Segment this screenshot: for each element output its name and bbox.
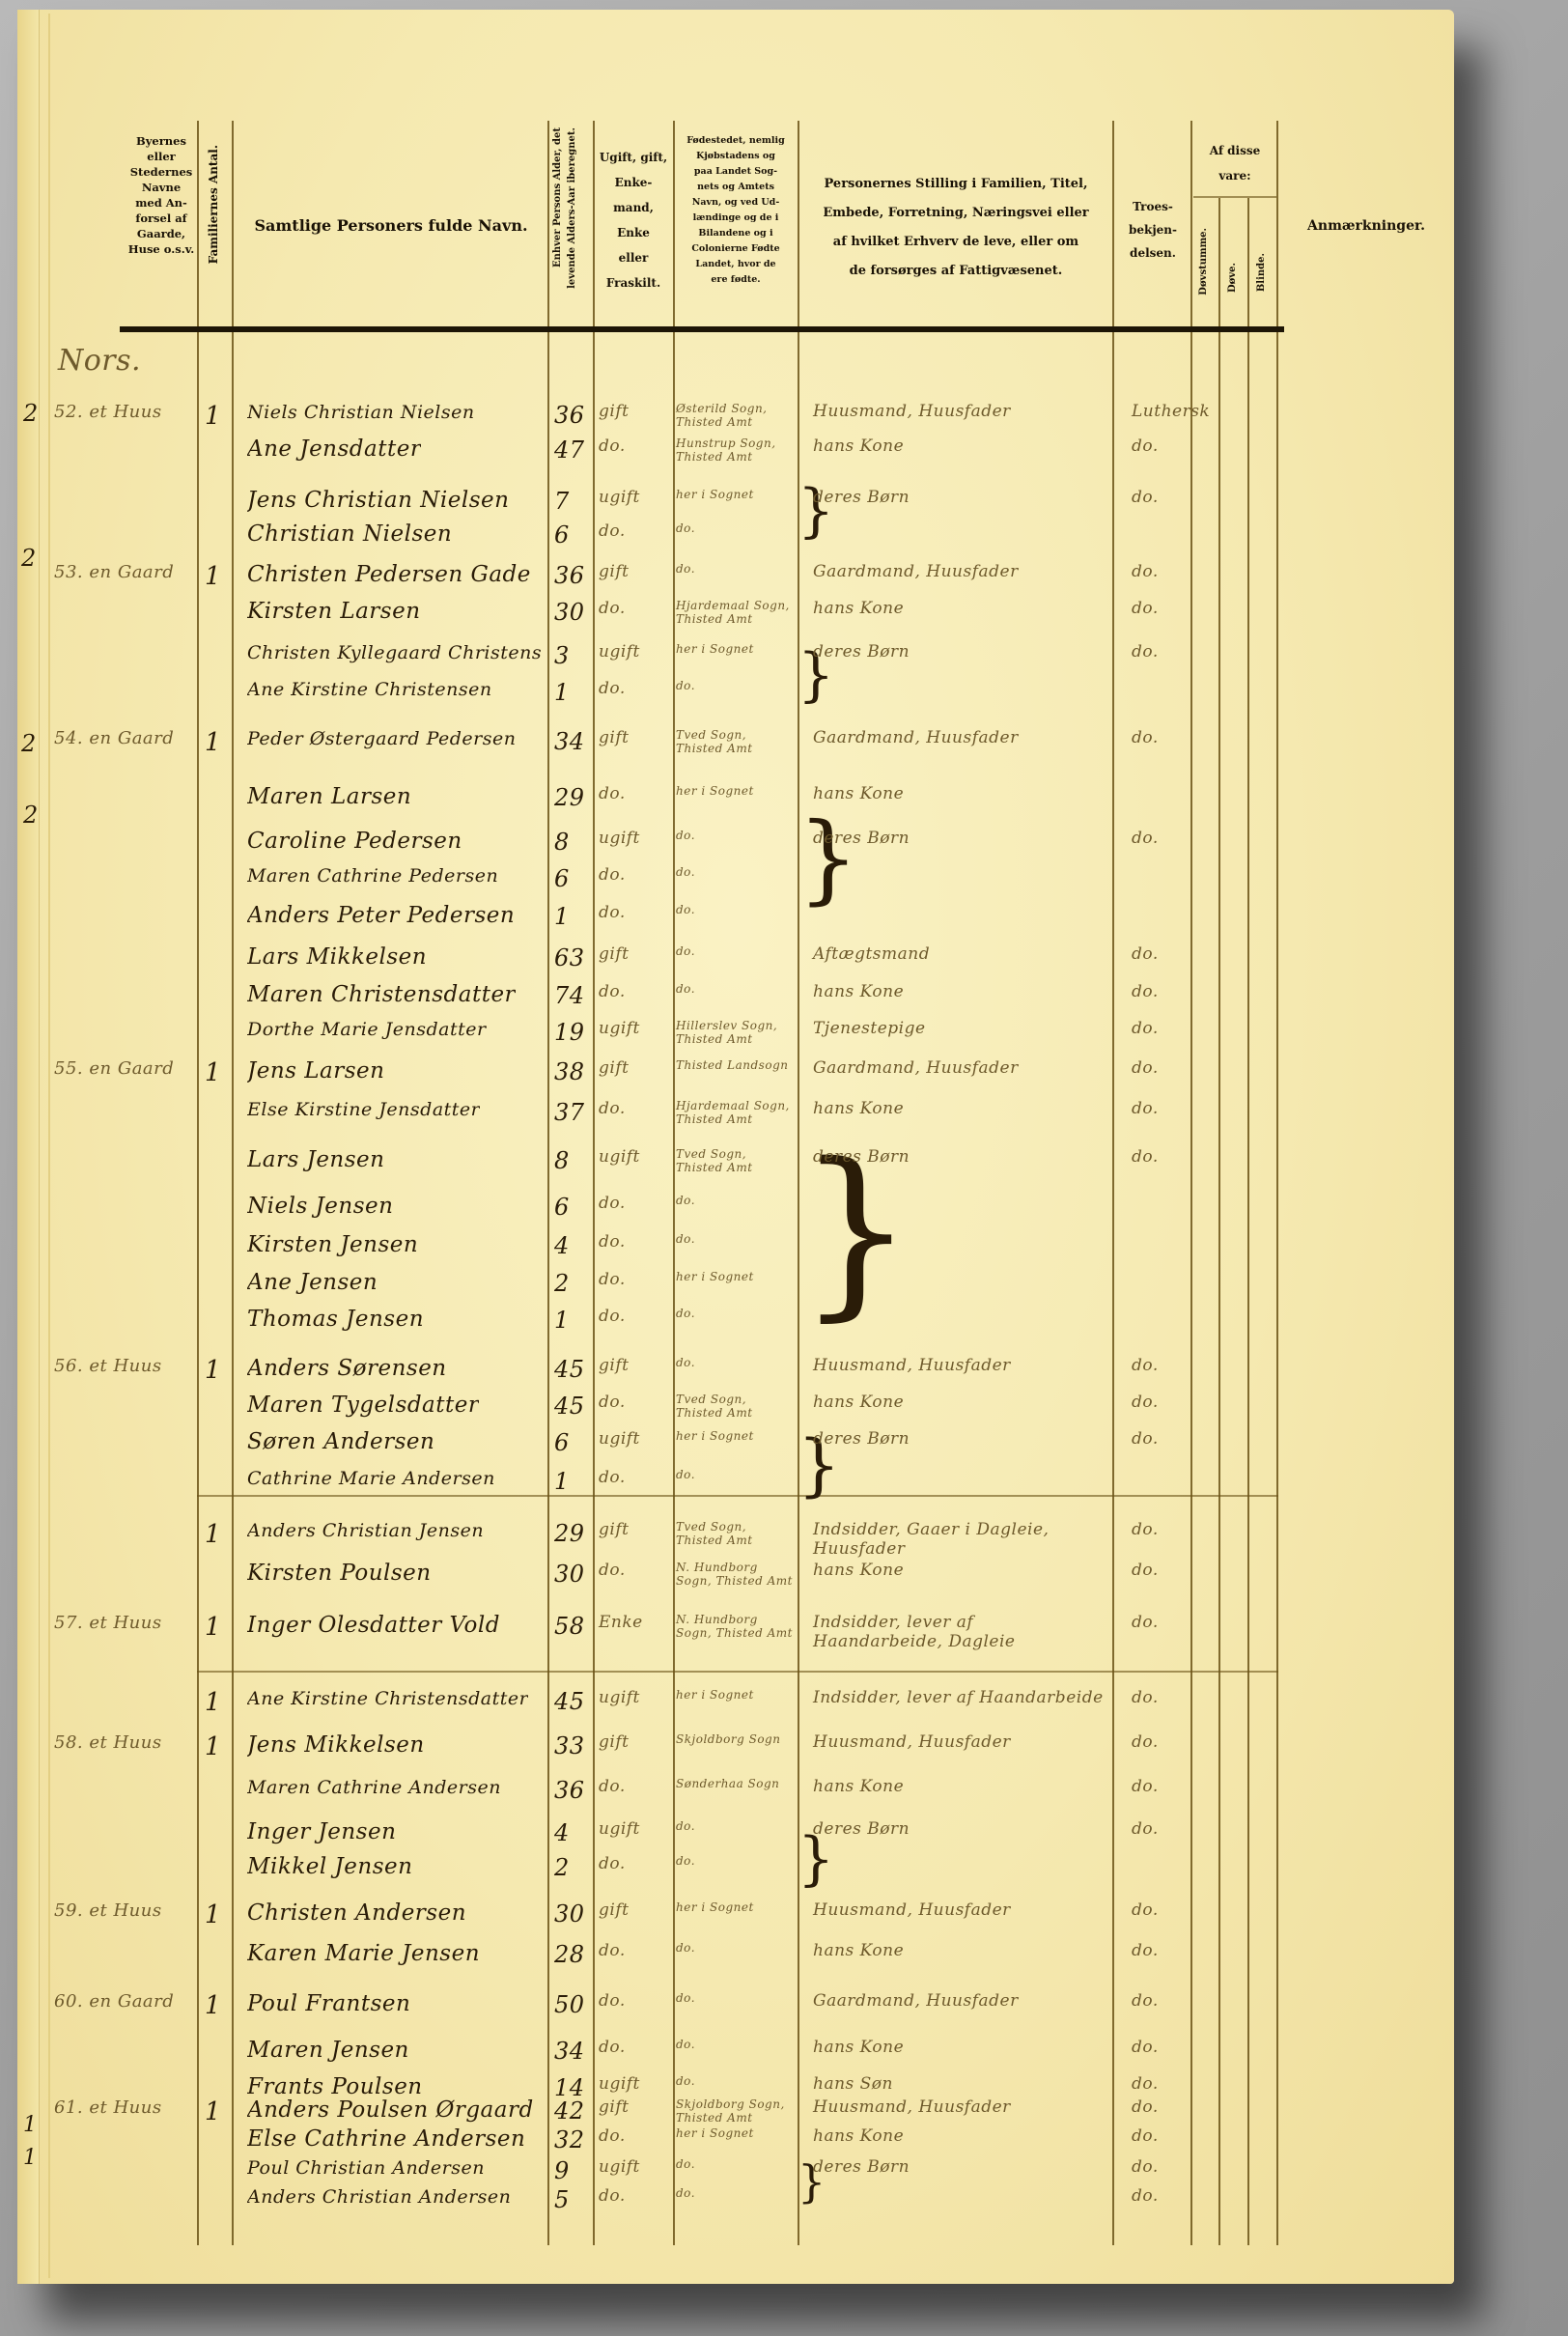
cell-faith: do. bbox=[1132, 728, 1159, 747]
cell-name: Poul Christian Andersen bbox=[247, 2157, 485, 2179]
cell-marital: ugift bbox=[599, 1819, 640, 1839]
cell-marital: ugift bbox=[599, 1147, 640, 1167]
cell-name: Lars Jensen bbox=[247, 1147, 384, 1172]
cell-marital: do. bbox=[599, 679, 626, 698]
header-deafmute: Døvstumme. bbox=[1198, 228, 1209, 296]
cell-place: 56. et Huus bbox=[54, 1356, 162, 1376]
cell-faith: do. bbox=[1132, 1688, 1159, 1707]
cell-position: hans Kone bbox=[813, 1561, 1107, 1580]
cell-position: Gaardmand, Huusfader bbox=[813, 1058, 1107, 1078]
cell-marital: ugift bbox=[599, 1688, 640, 1707]
cell-birthplace: do. bbox=[676, 1991, 796, 2005]
rule-disabilities-group bbox=[1193, 196, 1276, 198]
cell-position: Huusmand, Huusfader bbox=[813, 1732, 1107, 1752]
cell-families: 1 bbox=[205, 1688, 221, 1717]
cell-marital: do. bbox=[599, 2126, 626, 2146]
cell-age: 38 bbox=[554, 1058, 585, 1085]
cell-name: Christian Nielsen bbox=[247, 521, 452, 547]
cell-place: 58. et Huus bbox=[54, 1732, 162, 1753]
margin-mark: 1 bbox=[23, 2113, 38, 2137]
cell-place: 60. en Gaard bbox=[54, 1991, 174, 2012]
cell-age: 6 bbox=[554, 865, 570, 892]
cell-birthplace: Thisted Landsogn bbox=[676, 1058, 796, 1072]
cell-age: 58 bbox=[554, 1613, 585, 1640]
cell-position: deres Børn bbox=[813, 2157, 1107, 2177]
cell-faith: do. bbox=[1132, 436, 1159, 456]
cell-age: 1 bbox=[554, 903, 570, 930]
cell-position: deres Børn bbox=[813, 488, 1107, 507]
cell-name: Mikkel Jensen bbox=[247, 1854, 412, 1879]
cell-birthplace: her i Sognet bbox=[676, 784, 796, 798]
cell-birthplace: do. bbox=[676, 1356, 796, 1369]
parish-heading: Nors. bbox=[58, 344, 141, 378]
header-families: Familiernes Antal. bbox=[207, 145, 220, 264]
cell-families: 1 bbox=[205, 402, 221, 431]
cell-birthplace: do. bbox=[676, 679, 796, 692]
cell-age: 32 bbox=[554, 2126, 585, 2153]
cell-name: Lars Mikkelsen bbox=[247, 944, 427, 970]
cell-age: 2 bbox=[554, 1854, 570, 1881]
cell-birthplace: Sønderhaa Sogn bbox=[676, 1777, 796, 1790]
cell-age: 34 bbox=[554, 728, 585, 755]
cell-birthplace: do. bbox=[676, 2074, 796, 2088]
cell-position: Tjenestepige bbox=[813, 1019, 1107, 1038]
cell-name: Niels Jensen bbox=[247, 1194, 393, 1219]
cell-age: 5 bbox=[554, 2186, 570, 2213]
cell-name: Ane Kirstine Christensdatter bbox=[247, 1688, 528, 1709]
cell-name: Maren Tygelsdatter bbox=[247, 1393, 479, 1418]
cell-birthplace: do. bbox=[676, 1194, 796, 1207]
cell-marital: do. bbox=[599, 599, 626, 618]
cell-age: 6 bbox=[554, 1429, 570, 1456]
cell-marital: do. bbox=[599, 1232, 626, 1252]
cell-name: Else Kirstine Jensdatter bbox=[247, 1099, 480, 1120]
cell-birthplace: do. bbox=[676, 1854, 796, 1868]
cell-marital: gift bbox=[599, 1900, 629, 1920]
cell-marital: do. bbox=[599, 1270, 626, 1289]
cell-position: deres Børn bbox=[813, 829, 1107, 848]
page-edge-line bbox=[48, 14, 50, 2278]
cell-faith: do. bbox=[1132, 1941, 1159, 1960]
cell-name: Peder Østergaard Pedersen bbox=[247, 728, 517, 749]
cell-place: 53. en Gaard bbox=[54, 562, 174, 582]
cell-birthplace: Tved Sogn, Thisted Amt bbox=[676, 1520, 796, 1547]
cell-families: 1 bbox=[205, 1520, 221, 1549]
cell-birthplace: N. Hundborg Sogn, Thisted Amt bbox=[676, 1613, 796, 1640]
cell-name: Ane Kirstine Christensen bbox=[247, 679, 492, 700]
cell-age: 4 bbox=[554, 1232, 570, 1259]
cell-marital: gift bbox=[599, 1732, 629, 1752]
cell-position: deres Børn bbox=[813, 1429, 1107, 1449]
cell-place: 55. en Gaard bbox=[54, 1058, 174, 1079]
cell-age: 8 bbox=[554, 829, 570, 856]
cell-marital: do. bbox=[599, 521, 626, 541]
cell-name: Dorthe Marie Jensdatter bbox=[247, 1019, 487, 1040]
cell-age: 3 bbox=[554, 642, 570, 669]
cell-marital: do. bbox=[599, 903, 626, 922]
cell-position: Indsidder, lever af Haandarbeide, Daglei… bbox=[813, 1613, 1107, 1651]
rule-col-deafmute-left bbox=[1190, 121, 1192, 2245]
cell-position: deres Børn bbox=[813, 1819, 1107, 1839]
header-remarks: Anmærkninger. bbox=[1294, 218, 1439, 236]
cell-position: hans Søn bbox=[813, 2074, 1107, 2094]
cell-name: Poul Frantsen bbox=[247, 1991, 410, 2016]
header-position: Personernes Stilling i Familien, Titel, … bbox=[799, 170, 1112, 286]
cell-faith: do. bbox=[1132, 944, 1159, 964]
cell-position: hans Kone bbox=[813, 2038, 1107, 2057]
cell-faith: do. bbox=[1132, 1991, 1159, 2011]
header-birthplace: Fødestedet, nemlig Kjøbstadens og paa La… bbox=[674, 133, 798, 288]
cell-name: Christen Kyllegaard Christensen bbox=[247, 642, 542, 663]
cell-position: Indsidder, Gaaer i Dagleie, Huusfader bbox=[813, 1520, 1107, 1559]
cell-marital: do. bbox=[599, 2038, 626, 2057]
cell-birthplace: Hillerslev Sogn, Thisted Amt bbox=[676, 1019, 796, 1046]
cell-age: 30 bbox=[554, 1561, 585, 1588]
header-faith: Troes- bekjen- delsen. bbox=[1114, 195, 1191, 265]
header-age-line2: levende Alders-Aar iberegnet. bbox=[567, 127, 577, 289]
cell-birthplace: Tved Sogn, Thisted Amt bbox=[676, 1393, 796, 1420]
cell-place: 52. et Huus bbox=[54, 402, 162, 422]
cell-name: Christen Pedersen Gade bbox=[247, 562, 531, 587]
cell-age: 6 bbox=[554, 1194, 570, 1221]
cell-marital: do. bbox=[599, 1307, 626, 1326]
cell-age: 50 bbox=[554, 1991, 585, 2018]
header-names: Samtlige Personers fulde Navn. bbox=[241, 216, 541, 236]
cell-marital: ugift bbox=[599, 1019, 640, 1038]
cell-name: Maren Larsen bbox=[247, 784, 411, 809]
cell-age: 34 bbox=[554, 2038, 585, 2065]
margin-mark: 2 bbox=[23, 400, 39, 427]
cell-marital: gift bbox=[599, 728, 629, 747]
cell-birthplace: do. bbox=[676, 1468, 796, 1481]
cell-birthplace: do. bbox=[676, 865, 796, 879]
cell-name: Anders Peter Pedersen bbox=[247, 903, 515, 928]
cell-marital: do. bbox=[599, 1099, 626, 1118]
cell-position: Gaardmand, Huusfader bbox=[813, 728, 1107, 747]
cell-birthplace: Skjoldborg Sogn, Thisted Amt bbox=[676, 2097, 796, 2125]
cell-birthplace: Tved Sogn, Thisted Amt bbox=[676, 1147, 796, 1174]
cell-faith: do. bbox=[1132, 1147, 1159, 1167]
cell-age: 19 bbox=[554, 1019, 585, 1046]
cell-faith: do. bbox=[1132, 2186, 1159, 2206]
cell-marital: gift bbox=[599, 402, 629, 421]
rule-col-remarks-left bbox=[1276, 121, 1278, 2245]
cell-birthplace: do. bbox=[676, 521, 796, 535]
cell-marital: gift bbox=[599, 1058, 629, 1078]
cell-name: Inger Jensen bbox=[247, 1819, 396, 1844]
cell-name: Maren Christensdatter bbox=[247, 982, 516, 1007]
cell-faith: do. bbox=[1132, 1058, 1159, 1078]
cell-faith: do. bbox=[1132, 1393, 1159, 1412]
cell-families: 1 bbox=[205, 562, 221, 591]
cell-name: Else Cathrine Andersen bbox=[247, 2126, 525, 2152]
cell-position: hans Kone bbox=[813, 1099, 1107, 1118]
cell-age: 45 bbox=[554, 1356, 585, 1383]
rule-household-divider-1 bbox=[197, 1495, 1278, 1497]
cell-position: hans Kone bbox=[813, 784, 1107, 803]
cell-faith: do. bbox=[1132, 1613, 1159, 1632]
rule-household-divider-2 bbox=[197, 1671, 1278, 1673]
rule-col-birth-left bbox=[673, 121, 675, 2245]
cell-age: 28 bbox=[554, 1941, 585, 1968]
cell-faith: do. bbox=[1132, 599, 1159, 618]
cell-marital: do. bbox=[599, 1194, 626, 1213]
cell-birthplace: do. bbox=[676, 1307, 796, 1320]
rule-col-age-left bbox=[547, 121, 549, 2245]
cell-age: 45 bbox=[554, 1393, 585, 1420]
header-place: Byernes eller Stedernes Navne med An- fo… bbox=[124, 133, 199, 257]
header-disabilities-group: Af disse vare: bbox=[1193, 138, 1276, 188]
cell-place: 61. et Huus bbox=[54, 2097, 162, 2118]
cell-birthplace: her i Sognet bbox=[676, 642, 796, 656]
cell-age: 8 bbox=[554, 1147, 570, 1174]
cell-faith: do. bbox=[1132, 488, 1159, 507]
cell-faith: do. bbox=[1132, 2038, 1159, 2057]
cell-place: 59. et Huus bbox=[54, 1900, 162, 1921]
cell-faith: do. bbox=[1132, 1732, 1159, 1752]
header-rule bbox=[120, 326, 1284, 332]
cell-faith: do. bbox=[1132, 1520, 1159, 1539]
cell-age: 1 bbox=[554, 1468, 570, 1495]
cell-faith: do. bbox=[1132, 1099, 1159, 1118]
cell-faith: do. bbox=[1132, 1429, 1159, 1449]
cell-position: hans Kone bbox=[813, 1777, 1107, 1796]
cell-marital: do. bbox=[599, 436, 626, 456]
cell-marital: ugift bbox=[599, 642, 640, 661]
cell-name: Jens Christian Nielsen bbox=[247, 488, 509, 513]
cell-marital: do. bbox=[599, 1991, 626, 2011]
cell-families: 1 bbox=[205, 1058, 221, 1087]
cell-birthplace: do. bbox=[676, 944, 796, 958]
cell-birthplace: do. bbox=[676, 1232, 796, 1246]
cell-age: 6 bbox=[554, 521, 570, 549]
cell-age: 63 bbox=[554, 944, 585, 971]
cell-age: 4 bbox=[554, 1819, 570, 1846]
cell-families: 1 bbox=[205, 1900, 221, 1929]
children-brace: } bbox=[798, 802, 859, 915]
header-deaf: Døve. bbox=[1227, 263, 1238, 293]
cell-age: 36 bbox=[554, 562, 585, 589]
cell-age: 37 bbox=[554, 1099, 585, 1126]
cell-position: deres Børn bbox=[813, 642, 1107, 661]
cell-faith: Luthersk bbox=[1132, 402, 1210, 421]
cell-position: hans Kone bbox=[813, 982, 1107, 1001]
cell-position: Indsidder, lever af Haandarbeide bbox=[813, 1688, 1107, 1707]
cell-name: Anders Christian Andersen bbox=[247, 2186, 511, 2208]
cell-position: Gaardmand, Huusfader bbox=[813, 562, 1107, 581]
header-blind: Blinde. bbox=[1256, 253, 1267, 292]
cell-birthplace: Skjoldborg Sogn bbox=[676, 1732, 796, 1746]
cell-families: 1 bbox=[205, 1356, 221, 1385]
cell-age: 30 bbox=[554, 1900, 585, 1928]
cell-name: Jens Mikkelsen bbox=[247, 1732, 425, 1758]
cell-position: hans Kone bbox=[813, 436, 1107, 456]
cell-name: Niels Christian Nielsen bbox=[247, 402, 475, 423]
cell-position: Huusmand, Huusfader bbox=[813, 402, 1107, 421]
cell-name: Anders Christian Jensen bbox=[247, 1520, 484, 1541]
cell-faith: do. bbox=[1132, 1356, 1159, 1375]
cell-birthplace: do. bbox=[676, 829, 796, 842]
cell-name: Karen Marie Jensen bbox=[247, 1941, 480, 1966]
cell-faith: do. bbox=[1132, 2097, 1159, 2117]
cell-position: Huusmand, Huusfader bbox=[813, 1356, 1107, 1375]
cell-faith: do. bbox=[1132, 2074, 1159, 2094]
cell-age: 47 bbox=[554, 436, 585, 464]
cell-position: hans Kone bbox=[813, 1393, 1107, 1412]
cell-faith: do. bbox=[1132, 1819, 1159, 1839]
rule-col-names-left bbox=[232, 121, 234, 2245]
rule-col-blind-left bbox=[1247, 198, 1249, 2245]
cell-birthplace: do. bbox=[676, 982, 796, 996]
cell-birthplace: do. bbox=[676, 1819, 796, 1833]
cell-birthplace: N. Hundborg Sogn, Thisted Amt bbox=[676, 1561, 796, 1588]
cell-name: Ane Jensen bbox=[247, 1270, 378, 1295]
cell-marital: do. bbox=[599, 865, 626, 885]
cell-place: 54. en Gaard bbox=[54, 728, 174, 748]
cell-marital: do. bbox=[599, 982, 626, 1001]
cell-marital: ugift bbox=[599, 829, 640, 848]
cell-name: Maren Cathrine Pedersen bbox=[247, 865, 498, 887]
cell-marital: Enke bbox=[599, 1613, 643, 1632]
rule-col-deaf-left bbox=[1218, 198, 1220, 2245]
cell-birthplace: do. bbox=[676, 903, 796, 916]
cell-birthplace: her i Sognet bbox=[676, 1429, 796, 1443]
cell-faith: do. bbox=[1132, 2157, 1159, 2177]
cell-name: Kirsten Poulsen bbox=[247, 1561, 432, 1586]
cell-faith: do. bbox=[1132, 1900, 1159, 1920]
cell-marital: gift bbox=[599, 2097, 629, 2117]
cell-name: Søren Andersen bbox=[247, 1429, 434, 1454]
cell-age: 42 bbox=[554, 2097, 585, 2125]
cell-place: 57. et Huus bbox=[54, 1613, 162, 1633]
cell-families: 1 bbox=[205, 1732, 221, 1761]
cell-birthplace: Hjardemaal Sogn, Thisted Amt bbox=[676, 1099, 796, 1126]
cell-marital: do. bbox=[599, 1561, 626, 1580]
cell-marital: do. bbox=[599, 1393, 626, 1412]
cell-name: Cathrine Marie Andersen bbox=[247, 1468, 495, 1489]
cell-marital: do. bbox=[599, 1777, 626, 1796]
cell-marital: gift bbox=[599, 1356, 629, 1375]
cell-marital: gift bbox=[599, 562, 629, 581]
cell-name: Kirsten Larsen bbox=[247, 599, 421, 624]
cell-position: Aftægtsmand bbox=[813, 944, 1107, 964]
cell-age: 74 bbox=[554, 982, 585, 1009]
cell-marital: ugift bbox=[599, 1429, 640, 1449]
cell-position: Gaardmand, Huusfader bbox=[813, 1991, 1107, 2011]
cell-age: 9 bbox=[554, 2157, 570, 2184]
cell-faith: do. bbox=[1132, 642, 1159, 661]
cell-faith: do. bbox=[1132, 982, 1159, 1001]
cell-name: Christen Andersen bbox=[247, 1900, 466, 1926]
cell-name: Jens Larsen bbox=[247, 1058, 384, 1084]
cell-age: 29 bbox=[554, 784, 585, 811]
cell-birthplace: do. bbox=[676, 2038, 796, 2051]
cell-faith: do. bbox=[1132, 1561, 1159, 1580]
cell-age: 45 bbox=[554, 1688, 585, 1715]
cell-birthplace: do. bbox=[676, 2157, 796, 2171]
cell-age: 36 bbox=[554, 1777, 585, 1804]
cell-position: Huusmand, Huusfader bbox=[813, 1900, 1107, 1920]
cell-faith: do. bbox=[1132, 829, 1159, 848]
margin-mark: 1 bbox=[23, 2146, 38, 2170]
cell-name: Anders Poulsen Ørgaard bbox=[247, 2097, 534, 2123]
rule-col-families-left bbox=[197, 121, 199, 2245]
cell-age: 7 bbox=[554, 488, 570, 515]
cell-name: Anders Sørensen bbox=[247, 1356, 447, 1381]
cell-birthplace: Østerild Sogn, Thisted Amt bbox=[676, 402, 796, 429]
cell-families: 1 bbox=[205, 1991, 221, 2020]
margin-mark: 2 bbox=[21, 730, 37, 757]
cell-marital: do. bbox=[599, 1941, 626, 1960]
cell-age: 36 bbox=[554, 402, 585, 429]
cell-position: hans Kone bbox=[813, 599, 1107, 618]
cell-families: 1 bbox=[205, 1613, 221, 1642]
margin-mark: 2 bbox=[21, 545, 37, 572]
cell-faith: do. bbox=[1132, 1777, 1159, 1796]
cell-age: 33 bbox=[554, 1732, 585, 1759]
cell-marital: ugift bbox=[599, 2157, 640, 2177]
cell-name: Inger Olesdatter Vold bbox=[247, 1613, 500, 1638]
cell-birthplace: Hunstrup Sogn, Thisted Amt bbox=[676, 436, 796, 464]
rule-col-marital-left bbox=[593, 121, 595, 2245]
cell-marital: do. bbox=[599, 1468, 626, 1487]
cell-age: 2 bbox=[554, 1270, 570, 1297]
cell-birthplace: her i Sognet bbox=[676, 1270, 796, 1283]
cell-marital: gift bbox=[599, 1520, 629, 1539]
cell-name: Frants Poulsen bbox=[247, 2074, 423, 2099]
cell-name: Maren Jensen bbox=[247, 2038, 409, 2063]
cell-age: 1 bbox=[554, 1307, 570, 1334]
cell-families: 1 bbox=[205, 728, 221, 757]
cell-birthplace: her i Sognet bbox=[676, 488, 796, 501]
page-edge bbox=[17, 10, 40, 2284]
cell-birthplace: do. bbox=[676, 1941, 796, 1955]
cell-position: deres Børn bbox=[813, 1147, 1107, 1167]
cell-birthplace: Tved Sogn, Thisted Amt bbox=[676, 728, 796, 755]
cell-name: Thomas Jensen bbox=[247, 1307, 424, 1332]
header-age-line1: Enhver Persons Alder, det bbox=[552, 127, 563, 267]
cell-faith: do. bbox=[1132, 562, 1159, 581]
cell-position: hans Kone bbox=[813, 1941, 1107, 1960]
rule-col-faith-left bbox=[1112, 121, 1114, 2245]
cell-birthplace: do. bbox=[676, 2186, 796, 2200]
cell-faith: do. bbox=[1132, 1019, 1159, 1038]
cell-age: 29 bbox=[554, 1520, 585, 1547]
cell-name: Ane Jensdatter bbox=[247, 436, 421, 462]
cell-faith: do. bbox=[1132, 2126, 1159, 2146]
cell-birthplace: her i Sognet bbox=[676, 1900, 796, 1914]
cell-marital: ugift bbox=[599, 2074, 640, 2094]
header-marital: Ugift, gift, Enke- mand, Enke eller Fras… bbox=[593, 145, 674, 296]
children-brace: } bbox=[798, 1140, 914, 1323]
margin-mark: 2 bbox=[23, 802, 39, 829]
cell-age: 1 bbox=[554, 679, 570, 706]
cell-marital: gift bbox=[599, 944, 629, 964]
cell-birthplace: her i Sognet bbox=[676, 1688, 796, 1702]
cell-name: Caroline Pedersen bbox=[247, 829, 462, 854]
cell-birthplace: Hjardemaal Sogn, Thisted Amt bbox=[676, 599, 796, 626]
cell-marital: do. bbox=[599, 2186, 626, 2206]
cell-marital: do. bbox=[599, 1854, 626, 1873]
cell-name: Kirsten Jensen bbox=[247, 1232, 418, 1257]
cell-position: Huusmand, Huusfader bbox=[813, 2097, 1107, 2117]
cell-position: hans Kone bbox=[813, 2126, 1107, 2146]
cell-marital: do. bbox=[599, 784, 626, 803]
cell-age: 30 bbox=[554, 599, 585, 626]
cell-birthplace: do. bbox=[676, 562, 796, 576]
cell-birthplace: her i Sognet bbox=[676, 2126, 796, 2140]
cell-name: Maren Cathrine Andersen bbox=[247, 1777, 501, 1798]
